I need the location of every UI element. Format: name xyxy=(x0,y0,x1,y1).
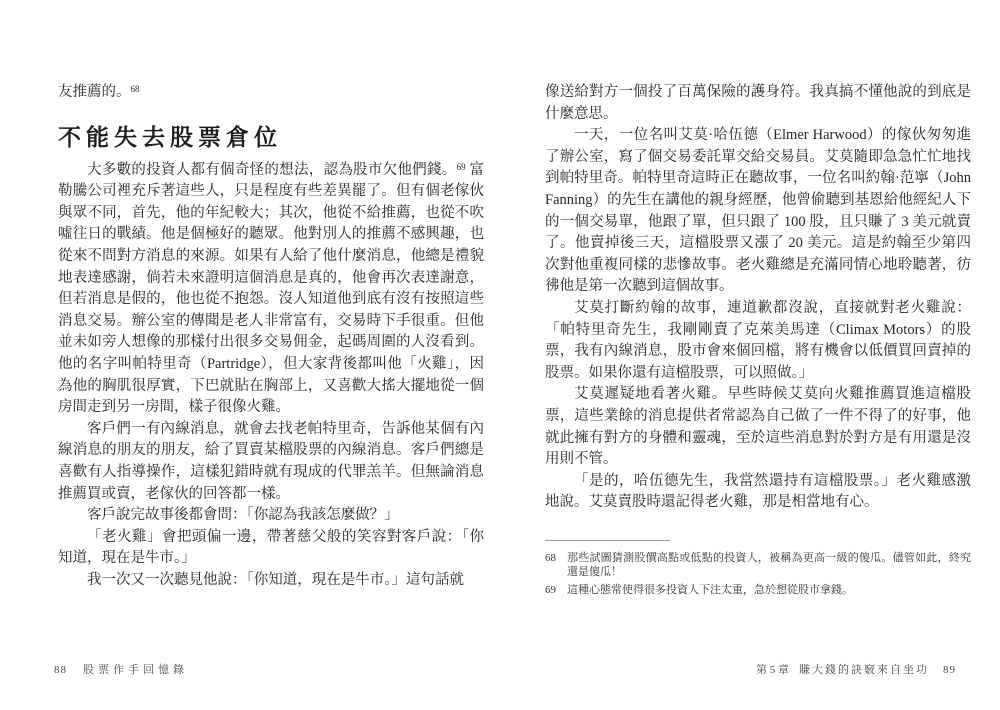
paragraph: 「老火雞」會把頭偏一邊，帶著慈父般的笑容對客戶說：「你知道，現在是牛市。」 xyxy=(58,527,484,570)
footnote-text: 那些試圖猜測股價高點或低點的投資人，被稱為更高一級的傻瓜。儘管如此，終究還是傻瓜… xyxy=(567,551,971,580)
footnotes-section: 68 那些試圖猜測股價高點或低點的投資人，被稱為更高一級的傻瓜。儘管如此，終究還… xyxy=(545,540,971,598)
paragraph: 一天，一位名叫艾莫·哈伍德（Elmer Harwood）的傢伙匆匆進了辦公室，寫… xyxy=(545,125,971,298)
paragraph: 客戶們一有內線消息，就會去找老帕特里奇，告訴他某個有內線消息的朋友的朋友，給了買… xyxy=(58,419,484,505)
footnote-divider xyxy=(545,540,670,541)
footnote-number: 68 xyxy=(545,551,567,580)
running-head-book-title: 股票作手回憶錄 xyxy=(83,663,188,677)
footnote-69: 69 這種心態常使得很多投資人下注太重，急於想從股市拿錢。 xyxy=(545,583,971,598)
running-head-chapter: 第 5 章 xyxy=(756,663,789,677)
paragraph: 艾莫打斷約翰的故事，連道歉都沒說，直接就對老火雞說：「帕特里奇先生，我剛剛賣了克… xyxy=(545,298,971,384)
paragraph-text: 富勒騰公司裡充斥著這些人，只是程度有些差異罷了。但有個老傢伙與眾不同，首先，他的… xyxy=(58,162,484,416)
footnote-ref-68: 68 xyxy=(131,84,140,94)
right-page-footer: 第 5 章 賺大錢的訣竅來自坐功 89 xyxy=(756,663,956,677)
page-number: 89 xyxy=(943,663,956,677)
paragraph: 「是的，哈伍德先生，我當然還持有這檔股票。」老火雞感激地說。艾莫賣股時還記得老火… xyxy=(545,471,971,514)
paragraph: 艾莫遲疑地看著火雞。早些時候艾莫向火雞推薦買進這檔股票，這些業餘的消息提供者常認… xyxy=(545,384,971,470)
running-head-chapter-title: 賺大錢的訣竅來自坐功 xyxy=(799,663,929,677)
footnote-68: 68 那些試圖猜測股價高點或低點的投資人，被稱為更高一級的傻瓜。儘管如此，終究還… xyxy=(545,551,971,580)
paragraph: 客戶說完故事後都會問：「你認為我該怎麼做？」 xyxy=(58,505,484,527)
left-page: 友推薦的。68 不能失去股票倉位 大多數的投資人都有個奇怪的想法，認為股市欠他們… xyxy=(58,82,484,591)
continuation-paragraph: 友推薦的。68 xyxy=(58,82,484,104)
continuation-text: 友推薦的。 xyxy=(58,84,131,100)
right-page: 像送給對方一個投了百萬保險的護身符。我真搞不懂他說的到底是什麼意思。 一天，一位… xyxy=(545,82,971,600)
paragraph: 大多數的投資人都有個奇怪的想法，認為股市欠他們錢。69 富勒騰公司裡充斥著這些人… xyxy=(58,160,484,419)
page-number: 88 xyxy=(54,663,67,677)
left-page-footer: 88 股票作手回憶錄 xyxy=(54,663,188,677)
paragraph-text: 大多數的投資人都有個奇怪的想法，認為股市欠他們錢。 xyxy=(87,162,457,178)
section-heading: 不能失去股票倉位 xyxy=(58,123,484,153)
footnote-text: 這種心態常使得很多投資人下注太重，急於想從股市拿錢。 xyxy=(567,583,971,598)
continuation-paragraph: 像送給對方一個投了百萬保險的護身符。我真搞不懂他說的到底是什麼意思。 xyxy=(545,82,971,125)
footnote-number: 69 xyxy=(545,583,567,598)
paragraph: 我一次又一次聽見他說：「你知道，現在是牛市。」這句話就 xyxy=(58,570,484,592)
footnote-ref-69: 69 xyxy=(457,162,466,172)
book-spread: { "colors": { "background": "#ffffff", "… xyxy=(0,0,1000,710)
